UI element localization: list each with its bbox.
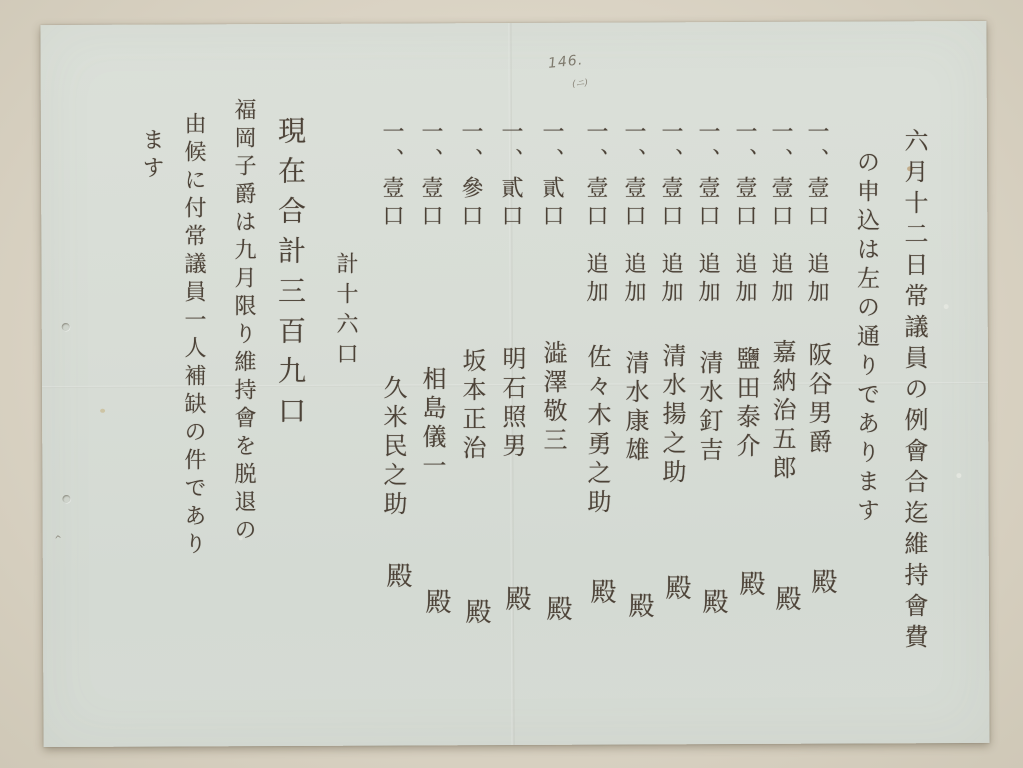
entry-amount: 一、壹口: [732, 120, 757, 232]
entry-name: 佐々木勇之助: [580, 344, 615, 518]
entry-column: 一、貳口 澁澤敬三 殿: [533, 120, 567, 720]
entry-amount: 一、壹口: [583, 120, 608, 232]
entry-name: 澁澤敬三: [536, 340, 571, 456]
entry-name: 坂本正治: [455, 348, 490, 464]
entry-name: 久米民之助: [376, 375, 411, 520]
entry-column: 一、壹口追加 阪谷男爵 殿: [798, 120, 832, 720]
entry-name: 相島儀一: [415, 366, 450, 482]
entry-column: 一、壹口追加 鹽田泰介 殿: [726, 120, 760, 720]
entry-honorific: 殿: [804, 568, 841, 600]
photo-mat-background: ^ 146. (ニ) 六月十二日常議員の例會合迄維持會費 の申込は左の通りであり…: [0, 0, 1023, 768]
entry-column: 一、壹口追加 清水釘吉 殿: [689, 120, 723, 720]
entry-addition-note: 追加: [804, 252, 829, 308]
entry-column: 一、壹口 久米民之助 殿: [373, 120, 407, 720]
paper-stain: [100, 409, 105, 413]
entry-addition-note: 追加: [621, 252, 646, 308]
entry-column: 一、壹口追加 清水揚之助 殿: [652, 120, 686, 720]
entry-name: 嘉納治五郎: [765, 339, 800, 484]
pin-hole: [62, 323, 70, 331]
entry-amount: 一、壹口: [768, 120, 793, 232]
entry-honorific: 殿: [379, 562, 416, 594]
entry-honorific: 殿: [498, 585, 535, 617]
entry-honorific: 殿: [768, 585, 805, 617]
entry-honorific: 殿: [621, 592, 658, 624]
entry-column: 一、壹口 相島儀一 殿: [412, 120, 446, 720]
entry-honorific: 殿: [458, 598, 495, 630]
entry-amount: 一、壹口: [418, 120, 443, 232]
entry-column: 一、參口 坂本正治 殿: [452, 120, 486, 720]
entry-name: 阪谷男爵: [801, 342, 836, 458]
entry-amount: 一、參口: [458, 120, 483, 232]
entry-name: 明石照男: [495, 346, 530, 462]
entry-amount: 一、壹口: [658, 120, 683, 232]
entry-honorific: 殿: [732, 570, 769, 602]
entry-column: 一、壹口追加 嘉納治五郎 殿: [762, 120, 796, 720]
entry-honorific: 殿: [583, 578, 620, 610]
paper-blemish: [956, 473, 961, 478]
entry-addition-note: 追加: [768, 252, 793, 308]
entry-honorific: 殿: [539, 595, 576, 627]
title-line-1: 六月十二日常議員の例會合迄維持會費: [897, 128, 932, 655]
paper-blemish: [944, 304, 949, 309]
entry-column: 一、貳口 明石照男 殿: [492, 120, 526, 720]
entry-addition-note: 追加: [658, 252, 683, 308]
entry-amount: 一、壹口: [621, 120, 646, 232]
entry-amount: 一、貳口: [498, 120, 523, 232]
closing-line-3: ます: [136, 128, 167, 184]
entry-addition-note: 追加: [583, 252, 608, 308]
entry-name: 清水揚之助: [655, 343, 690, 488]
entry-amount: 一、壹口: [379, 120, 404, 232]
entry-honorific: 殿: [418, 588, 455, 620]
closing-line-1: 福岡子爵は九月限り維持會を脱退の: [228, 98, 259, 546]
entry-name: 鹽田泰介: [729, 346, 764, 462]
pin-hole: [62, 495, 70, 503]
entry-addition-note: 追加: [732, 252, 757, 308]
entry-addition-note: 追加: [695, 252, 720, 308]
entry-honorific: 殿: [695, 588, 732, 620]
pencil-mark: ^: [54, 534, 63, 545]
entry-column: 一、壹口追加 清水康雄 殿: [615, 120, 649, 720]
entry-amount: 一、壹口: [804, 120, 829, 232]
entry-honorific: 殿: [658, 574, 695, 606]
entry-amount: 一、貳口: [539, 120, 564, 232]
entry-name: 清水康雄: [618, 350, 653, 466]
title-line-2: の申込は左の通りであります: [850, 150, 883, 527]
entry-column: 一、壹口追加 佐々木勇之助 殿: [577, 120, 611, 720]
closing-line-2: 由候に付常議員一人補缺の件であり: [178, 112, 209, 560]
subtotal-column: 計十六口: [330, 252, 361, 372]
pencil-page-number-sub: (ニ): [571, 75, 588, 90]
entry-amount: 一、壹口: [695, 120, 720, 232]
grand-total-column: 現在合計三百九口: [270, 116, 310, 436]
entry-name: 清水釘吉: [692, 350, 727, 466]
